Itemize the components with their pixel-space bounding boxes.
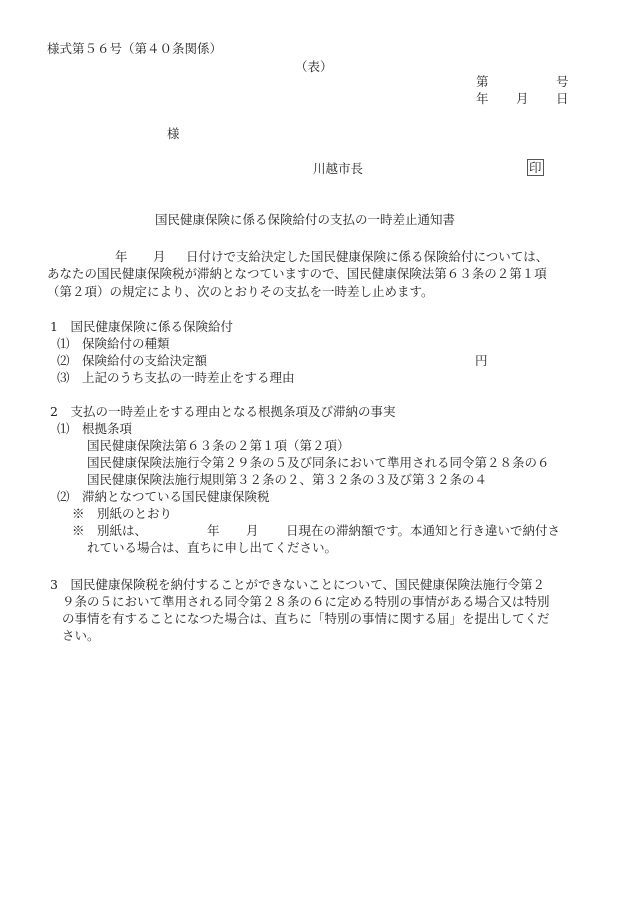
section3-line-1: 3 国民健康保険税を納付することができないことについて、国民健康保険法施行令第２ — [50, 576, 545, 593]
intro-line2: あなたの国民健康保険税が滞納となつていますので、国民健康保険法第６３条の２第１項 — [47, 265, 547, 282]
amount-unit: 円 — [475, 352, 488, 369]
seal-icon: 印 — [527, 159, 544, 176]
section1-item-3: ⑶ 上記のうち支払の一時差止をする理由 — [57, 369, 295, 386]
intro-year: 年 — [115, 248, 128, 265]
section2-note-2-rest: 日現在の滞納額です。本通知と行き違いで納付さ — [286, 522, 560, 539]
legal-basis-line-3: 国民健康保険法施行規則第３２条の２、第３２条の３及び第３２条の４ — [87, 471, 487, 488]
section2-note-2-month: 月 — [246, 522, 259, 539]
intro-line1: 日付けで支給決定した国民健康保険に係る保険給付については、 — [186, 248, 548, 265]
date-day: 日 — [556, 90, 569, 107]
date-year: 年 — [476, 90, 489, 107]
number-suffix: 号 — [556, 73, 569, 90]
intro-line3: （第２項）の規定により、次のとおりその支払を一時差し止めます。 — [47, 283, 434, 300]
section2-sub2-label: ⑵ 滞納となつている国民健康保険税 — [57, 488, 270, 505]
form-number: 様式第５６号（第４０条関係） — [47, 40, 222, 57]
seal-mark: 印 — [527, 159, 544, 176]
date-month: 月 — [516, 90, 529, 107]
number-prefix: 第 — [476, 73, 489, 90]
section1-item-2: ⑵ 保険給付の支給決定額 — [57, 352, 207, 369]
section2-heading: 2 支払の一時差止をする理由となる根拠条項及び滞納の事実 — [50, 403, 395, 420]
document-title: 国民健康保険に係る保険給付の支払の一時差止通知書 — [155, 211, 455, 228]
section2-sub1-label: ⑴ 根拠条項 — [57, 420, 132, 437]
intro-month: 月 — [153, 248, 166, 265]
addressee-honorific: 様 — [167, 125, 180, 142]
legal-basis-line-2: 国民健康保険法施行令第２９条の５及び同条において準用される同令第２８条の６ — [87, 454, 550, 471]
section3-line-4: さい。 — [62, 627, 100, 644]
section2-note-2-year: 年 — [207, 522, 220, 539]
section1-item-1: ⑴ 保険給付の種類 — [57, 335, 170, 352]
section2-note-2-prefix: ※ 別紙は、 — [72, 522, 147, 539]
side-label: （表） — [295, 58, 333, 75]
issuer-name: 川越市長 — [313, 160, 363, 177]
section3-line-3: の事情を有することになつた場合は、直ちに「特別の事情に関する届」を提出してくだ — [62, 610, 550, 627]
legal-basis-line-1: 国民健康保険法第６３条の２第１項（第２項） — [87, 437, 350, 454]
section3-line-2: ９条の５において準用される同令第２８条の６に定める特別の事情がある場合又は特別 — [62, 593, 550, 610]
section2-note-1: ※ 別紙のとおり — [72, 505, 172, 522]
section2-note-2-cont: れている場合は、直ちに申し出てください。 — [87, 539, 337, 556]
section1-heading: 1 国民健康保険に係る保険給付 — [50, 318, 233, 335]
